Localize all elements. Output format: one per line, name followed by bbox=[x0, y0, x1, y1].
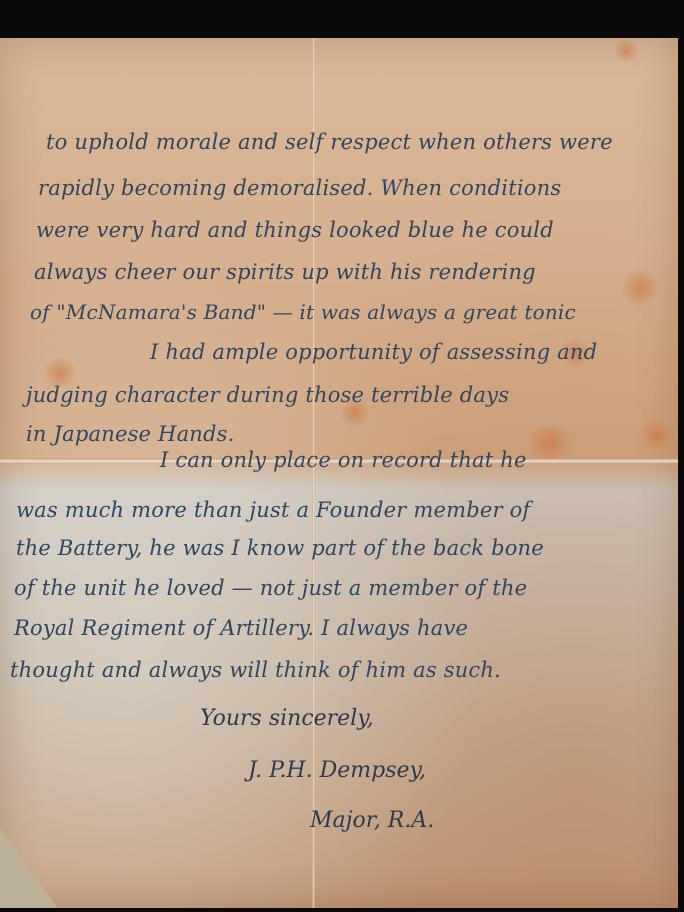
closing: Yours sincerely, bbox=[200, 706, 374, 731]
folded-corner bbox=[0, 828, 58, 908]
body-line: were very hard and things looked blue he… bbox=[36, 218, 554, 242]
body-line: Royal Regiment of Artillery. I always ha… bbox=[14, 616, 468, 640]
signatory-title: Major, R.A. bbox=[310, 808, 434, 833]
body-line: judging character during those terrible … bbox=[26, 383, 509, 407]
body-line: thought and always will think of him as … bbox=[10, 658, 501, 682]
body-line: of the unit he loved — not just a member… bbox=[14, 576, 527, 600]
body-line: was much more than just a Founder member… bbox=[16, 498, 530, 522]
body-line: the Battery, he was I know part of the b… bbox=[16, 536, 544, 560]
body-line: of "McNamara's Band" — it was always a g… bbox=[30, 300, 576, 324]
body-line: in Japanese Hands. bbox=[26, 422, 235, 446]
letter-text: to uphold morale and self respect when o… bbox=[0, 38, 678, 908]
signature: J. P.H. Dempsey, bbox=[248, 758, 426, 783]
body-line: I can only place on record that he bbox=[160, 448, 527, 472]
body-line: always cheer our spirits up with his ren… bbox=[34, 260, 536, 284]
body-line: to uphold morale and self respect when o… bbox=[46, 130, 613, 154]
photo-frame: to uphold morale and self respect when o… bbox=[0, 0, 684, 912]
body-line: I had ample opportunity of assessing and bbox=[150, 340, 597, 364]
letter-page: to uphold morale and self respect when o… bbox=[0, 38, 678, 908]
body-line: rapidly becoming demoralised. When condi… bbox=[38, 176, 561, 200]
